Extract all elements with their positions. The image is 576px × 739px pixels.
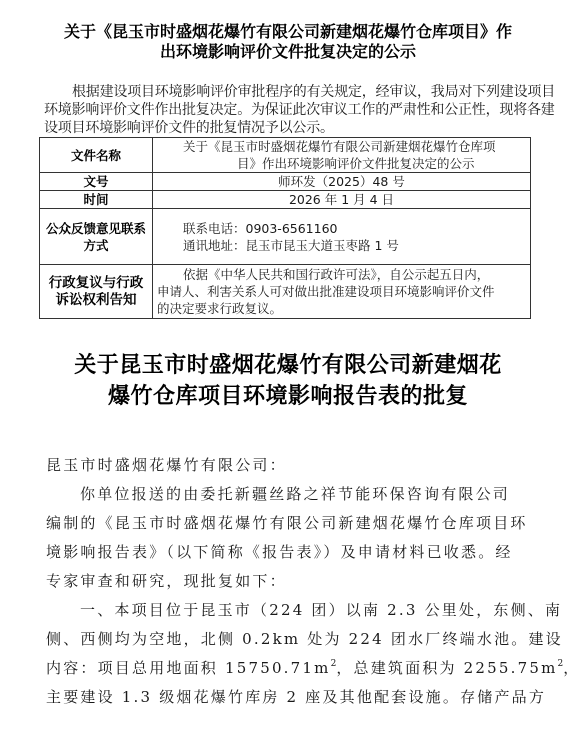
notice-info-table: 文件名称 关于《昆玉市时盛烟花爆竹有限公司新建烟花爆竹仓库项 目》作出环境影响评… [39,137,531,319]
body-line: 侧、西侧均为空地，北侧 0.2km 处为 224 团水厂终端水池。建设 [46,625,538,654]
table-row-document-number: 文号 师环发（2025）48 号 [40,173,531,191]
rights-text-line: 的决定要求行政复议。 [157,300,524,317]
table-row-rights-notice: 行政复议与行政 诉讼权利告知 依据《中华人民共和国行政许可法》，自公示起五日内，… [40,265,531,319]
contact-details: 联系电话：0903-6561160 通讯地址：昆玉市昆玉大道玉枣路 1 号 [159,220,524,254]
intro-line: 环境影响评价文件作出批复决定。为保证此次审议工作的严肃性和公正性，现将各建 [44,101,538,119]
reply-body: 昆玉市时盛烟花爆竹有限公司： 你单位报送的由委托新疆丝路之祥节能环保咨询有限公司… [46,451,538,712]
notice-title-line: 关于《昆玉市时盛烟花爆竹有限公司新建烟花爆竹仓库项目》作 [40,22,536,42]
intro-line: 设项目环境影响评价文件的批复情况予以公示。 [44,119,538,137]
table-row-file-name: 文件名称 关于《昆玉市时盛烟花爆竹有限公司新建烟花爆竹仓库项 目》作出环境影响评… [40,138,531,173]
table-value-date: 2026 年 1 月 4 日 [153,191,531,209]
table-label-document-number: 文号 [40,173,153,191]
intro-line: 根据建设项目环境影响评价审批程序的有关规定，经审议，我局对下列建设项目 [44,83,538,101]
table-value-document-number: 师环发（2025）48 号 [153,173,531,191]
rights-label-line: 行政复议与行政 [46,275,146,292]
notice-title-line: 出环境影响评价文件批复决定的公示 [40,42,536,62]
notice-title: 关于《昆玉市时盛烟花爆竹有限公司新建烟花爆竹仓库项目》作 出环境影响评价文件批复… [40,22,536,62]
area-prefix: 内容：项目总用地面积 15750.71m [46,659,331,677]
body-line: 编制的《昆玉市时盛烟花爆竹有限公司新建烟花爆竹仓库项目环 [46,509,538,538]
area-suffix: ， [563,659,576,677]
reply-salutation: 昆玉市时盛烟花爆竹有限公司： [46,451,538,480]
file-name-line: 目》作出环境影响评价文件批复决定的公示 [159,155,524,172]
table-row-date: 时间 2026 年 1 月 4 日 [40,191,531,209]
contact-address: 通讯地址：昆玉市昆玉大道玉枣路 1 号 [183,237,524,254]
body-line: 专家审查和研究，现批复如下： [46,567,538,596]
table-value-file-name: 关于《昆玉市时盛烟花爆竹有限公司新建烟花爆竹仓库项 目》作出环境影响评价文件批复… [153,138,531,173]
rights-text-line: 申请人、利害关系人可对做出批准建设项目环境影响评价文件 [157,283,524,300]
body-line: 境影响报告表》（以下简称《报告表》）及申请材料已收悉。经 [46,538,538,567]
body-line: 你单位报送的由委托新疆丝路之祥节能环保咨询有限公司 [46,480,538,509]
contact-label-line: 公众反馈意见联系 [46,220,146,237]
reply-title-line: 爆竹仓库项目环境影响报告表的批复 [40,381,536,412]
table-label-date: 时间 [40,191,153,209]
rights-label-line: 诉讼权利告知 [46,292,146,309]
file-name-line: 关于《昆玉市时盛烟花爆竹有限公司新建烟花爆竹仓库项 [159,138,524,155]
rights-text-line: 依据《中华人民共和国行政许可法》，自公示起五日内， [157,266,524,283]
reply-title-line: 关于昆玉市时盛烟花爆竹有限公司新建烟花 [40,350,536,381]
table-label-contact: 公众反馈意见联系 方式 [40,209,153,265]
table-label-rights-notice: 行政复议与行政 诉讼权利告知 [40,265,153,319]
contact-label-line: 方式 [46,237,146,254]
reply-title: 关于昆玉市时盛烟花爆竹有限公司新建烟花 爆竹仓库项目环境影响报告表的批复 [40,350,536,412]
body-line-area: 内容：项目总用地面积 15750.71m2，总建筑面积为 2255.75m2， [46,654,538,683]
table-value-rights-notice: 依据《中华人民共和国行政许可法》，自公示起五日内， 申请人、利害关系人可对做出批… [153,265,531,319]
document-page: 关于《昆玉市时盛烟花爆竹有限公司新建烟花爆竹仓库项目》作 出环境影响评价文件批复… [0,0,576,739]
contact-phone: 联系电话：0903-6561160 [183,220,524,237]
table-row-contact: 公众反馈意见联系 方式 联系电话：0903-6561160 通讯地址：昆玉市昆玉… [40,209,531,265]
table-label-file-name: 文件名称 [40,138,153,173]
body-line: 主要建设 1.3 级烟花爆竹库房 2 座及其他配套设施。存储产品方 [46,683,538,712]
body-line: 一、本项目位于昆玉市（224 团）以南 2.3 公里处，东侧、南 [46,596,538,625]
table-value-contact: 联系电话：0903-6561160 通讯地址：昆玉市昆玉大道玉枣路 1 号 [153,209,531,265]
notice-intro-paragraph: 根据建设项目环境影响评价审批程序的有关规定，经审议，我局对下列建设项目 环境影响… [44,83,538,137]
area-middle: ，总建筑面积为 2255.75m [336,659,557,677]
